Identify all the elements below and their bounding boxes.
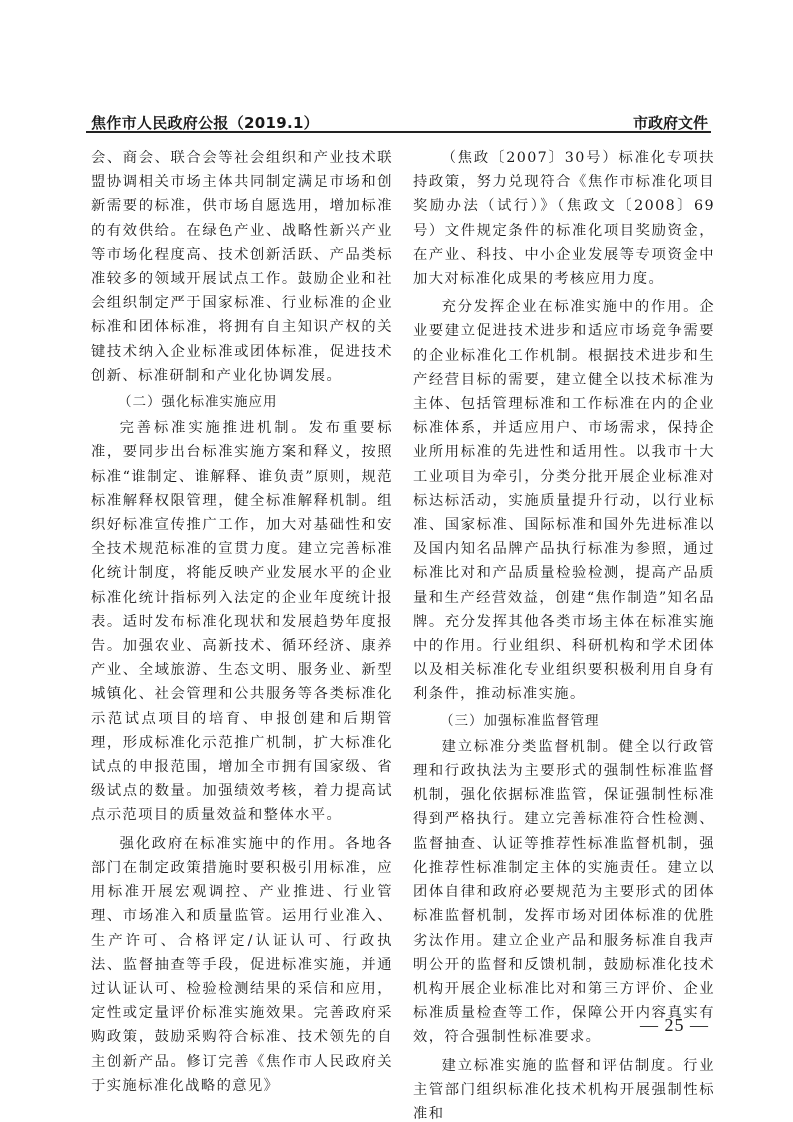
paragraph: 会、商会、联合会等社会组织和产业技术联盟协调相关市场主体共同制定满足市场和创新需… (91, 146, 393, 388)
paragraph: 建立标准实施的监督和评估制度。行业主管部门组织标准化技术机构开展强制性标准和 (413, 1054, 715, 1122)
page-number: — 25 — (640, 1015, 709, 1036)
left-column: 会、商会、联合会等社会组织和产业技术联盟协调相关市场主体共同制定满足市场和创新需… (91, 146, 393, 1098)
publication-title: 焦作市人民政府公报（2019.1） (91, 112, 319, 133)
header-divider (86, 131, 711, 133)
paragraph: 建立标准分类监督机制。健全以行政管理和行政执法为主要形式的强制性标准监督机制，强… (413, 735, 715, 1050)
paragraph: 强化政府在标准实施中的作用。各地各部门在制定政策措施时要积极引用标准，应用标准开… (91, 832, 393, 1098)
paragraph: （焦政〔2007〕30号）标准化专项扶持政策，努力兑现符合《焦作市标准化项目奖励… (413, 146, 715, 291)
section-label: 市政府文件 (633, 112, 708, 133)
paragraph: 完善标准实施推进机制。发布重要标准，要同步出台标准实施方案和释义，按照标准“谁制… (91, 416, 393, 827)
section-heading: （二）强化标准实施应用 (91, 390, 393, 414)
section-heading: （三）加强标准监督管理 (413, 709, 715, 733)
paragraph: 充分发挥企业在标准实施中的作用。企业要建立促进技术进步和适应市场竞争需要的企业标… (413, 295, 715, 706)
right-column: （焦政〔2007〕30号）标准化专项扶持政策，努力兑现符合《焦作市标准化项目奖励… (413, 146, 715, 1122)
